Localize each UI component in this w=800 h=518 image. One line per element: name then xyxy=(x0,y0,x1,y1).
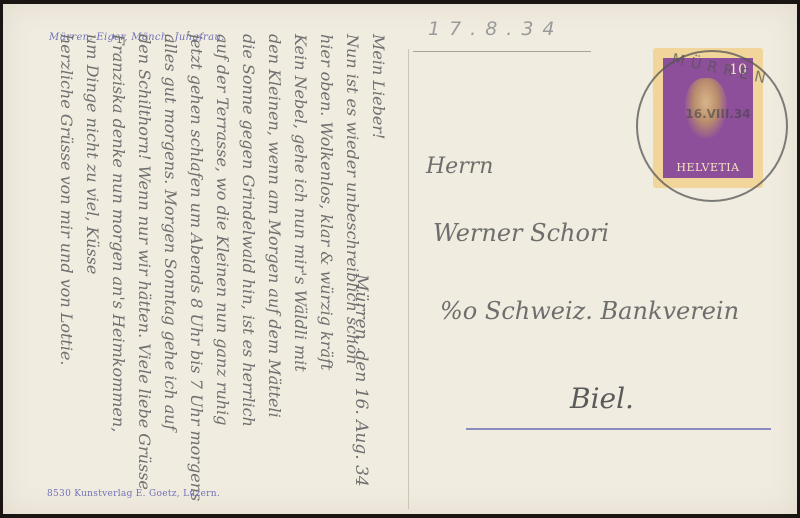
address-city: Biel. xyxy=(570,382,634,415)
message-dateline: Mürren, den 16. Aug. 34 xyxy=(351,274,371,487)
address-salutation: Herrn xyxy=(426,154,493,179)
message-line: herzliche Grüsse von mir und von Lottie. xyxy=(53,34,79,504)
center-divider xyxy=(408,49,409,509)
message-line: jetzt gehen schlafen um Abends 8 Uhr bis… xyxy=(183,34,209,504)
message-line: auf der Terrasse, wo die Kleinen nun gan… xyxy=(209,34,235,504)
address-line2: %o Schweiz. Bankverein xyxy=(440,297,739,325)
top-rule xyxy=(413,51,591,52)
address-underline xyxy=(466,428,771,430)
message-line: den Kleinen, wenn am Morgen auf dem Mätt… xyxy=(261,34,287,504)
handwritten-message: Mein Lieber! Nun ist es wieder unbeschre… xyxy=(11,34,371,504)
postcard: Mürren. Eiger, Mönch, Jungfrau. Mein Lie… xyxy=(3,4,797,514)
message-line: um Dinge nicht zu viel, Küsse xyxy=(79,34,105,504)
publisher-caption-bottom: 8530 Kunstverlag E. Goetz, Luzern. xyxy=(47,489,220,499)
message-line: den Schilthorn! Wenn nur wir hätten. Vie… xyxy=(131,34,157,504)
message-line: hier oben. Wolkenlos, klar & würzig kräf… xyxy=(313,34,339,504)
postmark-date: 16.VIII.34 xyxy=(678,107,758,121)
address-name: Werner Schori xyxy=(433,219,609,247)
message-line: Kein Nebel, gehe ich nun mir's Wäldli mi… xyxy=(287,34,313,504)
message-line: die Sonne gegen Grindelwald hin, ist es … xyxy=(235,34,261,504)
pencil-date-note: 17.8.34 xyxy=(428,18,564,40)
message-line: Franziska denke nun morgen an's Heimkomm… xyxy=(105,34,131,504)
message-line: alles gut morgens. Morgen Sonntag gehe i… xyxy=(157,34,183,504)
